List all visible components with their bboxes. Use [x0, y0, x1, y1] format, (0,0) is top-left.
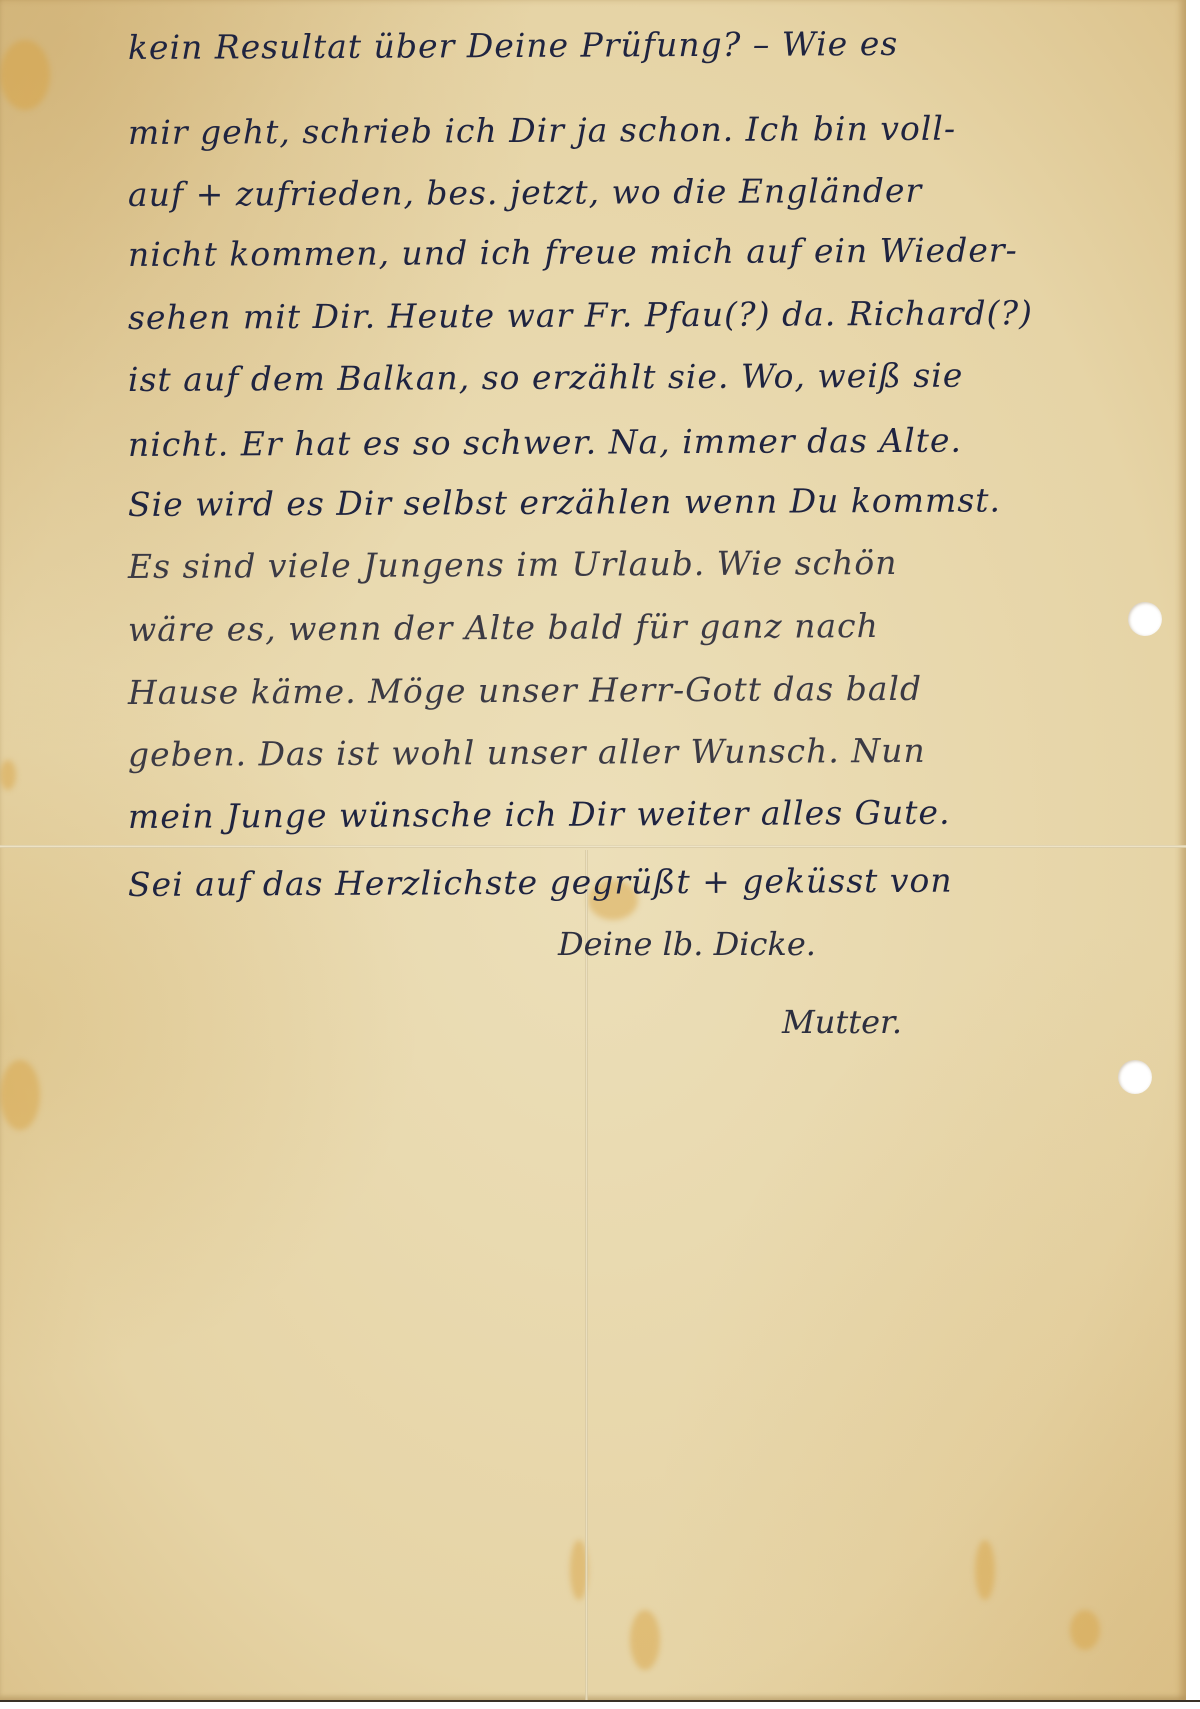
letter-line: sehen mit Dir. Heute war Fr. Pfau(?) da.… [128, 293, 1033, 337]
horizontal-fold-crease [0, 845, 1186, 848]
letter-line: geben. Das ist wohl unser aller Wunsch. … [128, 731, 926, 774]
stain [0, 1060, 40, 1130]
letter-line: mir geht, schrieb ich Dir ja schon. Ich … [128, 109, 956, 152]
letter-line: mein Junge wünsche ich Dir weiter alles … [128, 793, 951, 836]
scan-margin-bottom [0, 1700, 1200, 1709]
letter-line: nicht kommen, und ich freue mich auf ein… [128, 230, 1018, 274]
punch-hole-lower [1118, 1060, 1152, 1094]
letter-page: kein Resultat über Deine Prüfung? – Wie … [0, 0, 1200, 1709]
letter-line: Es sind viele Jungens im Urlaub. Wie sch… [128, 543, 898, 586]
letter-line: Sei auf das Herzlichste gegrüßt + geküss… [128, 861, 953, 904]
letter-line: Hause käme. Möge unser Herr-Gott das bal… [128, 669, 922, 712]
stain [0, 40, 50, 110]
letter-closing: Deine lb. Dicke. [558, 925, 816, 963]
stain [0, 760, 16, 790]
letter-line: auf + zufrieden, bes. jetzt, wo die Engl… [128, 171, 922, 214]
scan-margin-right [1186, 0, 1200, 1709]
stain [630, 1610, 660, 1670]
letter-line: nicht. Er hat es so schwer. Na, immer da… [128, 421, 962, 464]
stain [975, 1540, 995, 1600]
punch-hole-upper [1128, 602, 1162, 636]
letter-line: kein Resultat über Deine Prüfung? – Wie … [128, 24, 898, 67]
letter-signature: Mutter. [782, 1003, 902, 1041]
letter-line: ist auf dem Balkan, so erzählt sie. Wo, … [128, 356, 964, 399]
letter-line: wäre es, wenn der Alte bald für ganz nac… [128, 606, 879, 649]
stain [1070, 1610, 1100, 1650]
vertical-fold-crease [585, 850, 588, 1700]
letter-line: Sie wird es Dir selbst erzählen wenn Du … [128, 480, 1001, 524]
